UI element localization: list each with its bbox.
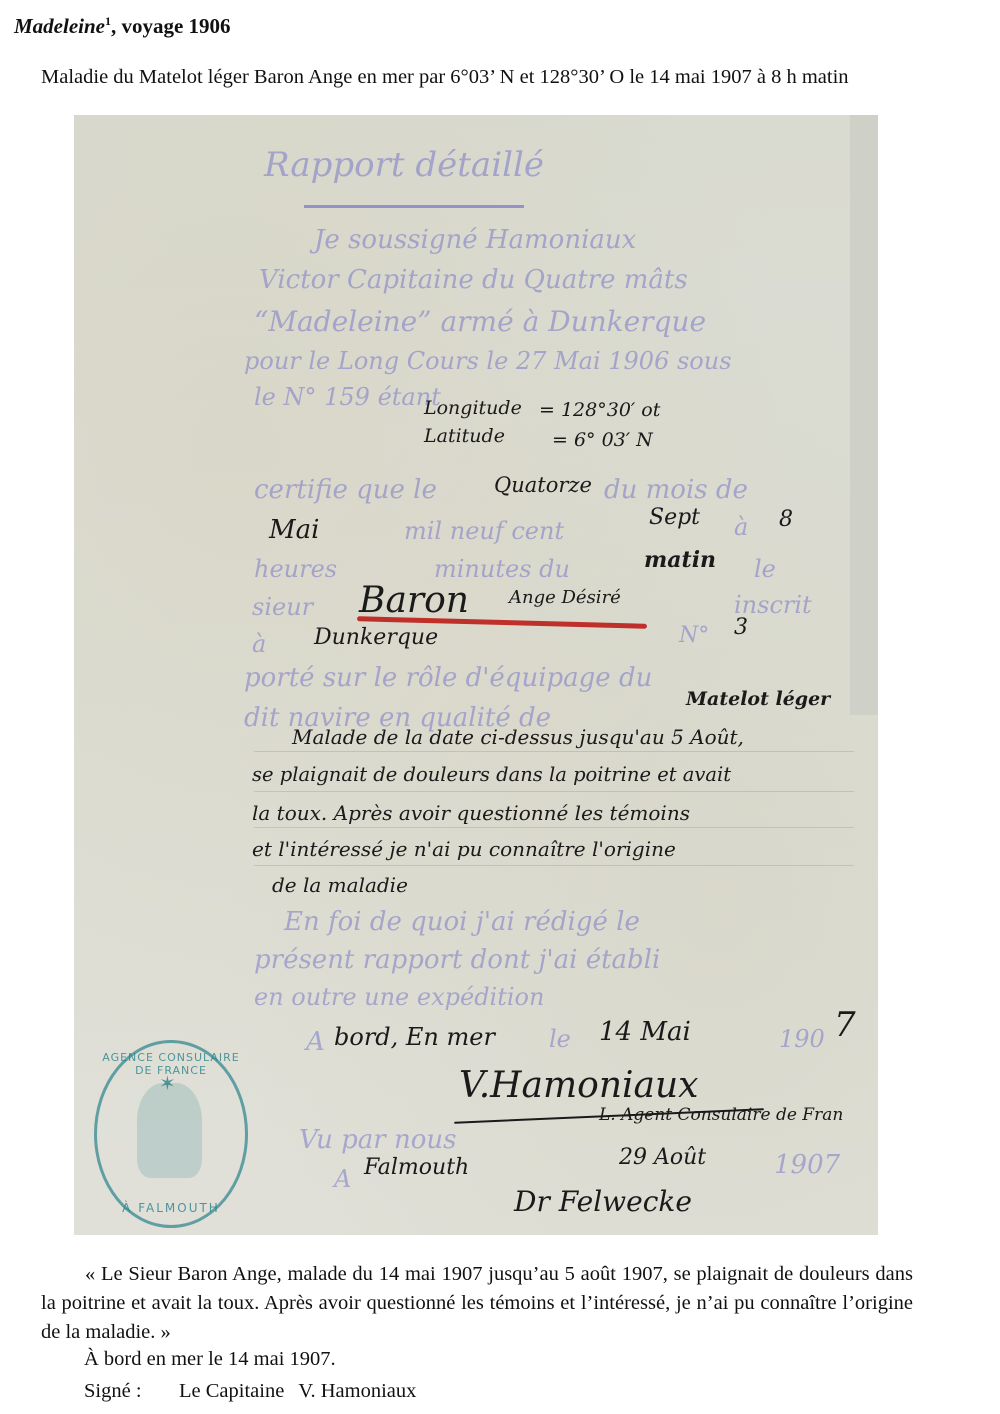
ship-name: Madeleine <box>14 14 105 38</box>
printed-line: du mois de <box>604 475 748 505</box>
printed-line: porté sur le rôle d'équipage du <box>244 663 652 693</box>
printed-line: heures <box>254 555 337 583</box>
page-heading: Madeleine1, voyage 1906 <box>14 14 231 39</box>
visa-agent: L. Agent Consulaire de Fran <box>599 1105 843 1125</box>
body-line: de la maladie <box>272 873 408 897</box>
latitude-label: Latitude <box>424 425 505 447</box>
visa-year: 1907 <box>774 1150 840 1180</box>
date-le: le <box>549 1025 571 1053</box>
filled-period: matin <box>644 547 716 573</box>
signer-role: Le Capitaine <box>179 1380 284 1403</box>
printed-line: le <box>754 555 776 583</box>
manuscript-title: Rapport détaillé <box>264 145 544 185</box>
visa-printed: Vu par nous <box>299 1125 456 1155</box>
body-line: Malade de la date ci-dessus jusqu'au 5 A… <box>292 725 744 749</box>
voyage-label: , voyage 1906 <box>111 14 231 38</box>
filled-month: Mai <box>269 515 319 545</box>
date-value: 14 Mai <box>599 1017 691 1047</box>
printed-line: le N° 159 étant <box>254 383 441 411</box>
printed-line: Victor Capitaine du Quatre mâts <box>259 265 688 295</box>
filled-number: 3 <box>734 615 748 640</box>
place-value: bord, En mer <box>334 1023 495 1051</box>
body-line: la toux. Après avoir questionné les témo… <box>252 801 690 825</box>
consular-stamp: AGENCE CONSULAIRE DE FRANCE ✶ À FALMOUTH <box>94 1040 248 1228</box>
visa-place-prefix: A <box>334 1165 351 1193</box>
body-line: se plaignait de douleurs dans la poitrin… <box>252 763 731 786</box>
signer-name: V. Hamoniaux <box>298 1380 416 1402</box>
printed-line: sieur <box>252 593 313 621</box>
captain-signature: V.Hamoniaux <box>459 1065 698 1106</box>
title-underline <box>304 205 524 208</box>
stamp-bottom-text: À FALMOUTH <box>97 1201 245 1215</box>
printed-line: à <box>252 630 266 658</box>
longitude-label: Longitude <box>424 397 522 419</box>
printed-line: mil neuf cent <box>404 517 564 545</box>
filled-surname: Baron <box>359 580 469 621</box>
latitude-value: = 6° 03′ N <box>552 429 653 451</box>
printed-line: N° <box>679 623 709 648</box>
printed-line: “Madeleine” armé à Dunkerque <box>254 305 706 338</box>
printed-line: pour le Long Cours le 27 Mai 1906 sous <box>244 347 732 375</box>
printed-line: minutes du <box>434 555 570 583</box>
ruled-line <box>254 865 854 866</box>
filled-year: Sept <box>649 505 700 530</box>
body-line: et l'intéressé je n'ai pu connaître l'or… <box>252 837 676 861</box>
signed-label: Signé : <box>84 1380 179 1403</box>
filled-rank: Matelot léger <box>686 688 830 710</box>
visa-place: Falmouth <box>364 1155 469 1180</box>
document-subtitle: Maladie du Matelot léger Baron Ange en m… <box>41 66 849 89</box>
ruled-line <box>254 791 854 792</box>
transcription-quote: « Le Sieur Baron Ange, malade du 14 mai … <box>41 1260 913 1347</box>
filled-port: Dunkerque <box>314 625 438 650</box>
year-digit: 7 <box>834 1005 856 1045</box>
filled-given-names: Ange Désiré <box>509 587 621 608</box>
consul-signature: Dr Felwecke <box>514 1185 692 1218</box>
liberty-figure-icon <box>137 1083 202 1178</box>
printed-line: à <box>734 513 748 541</box>
printed-line: Je soussigné Hamoniaux <box>314 225 636 255</box>
year-printed: 190 <box>779 1025 825 1053</box>
transcription-signature: Signé :Le CapitaineV. Hamoniaux <box>84 1380 416 1403</box>
filled-hour: 8 <box>779 507 793 532</box>
manuscript-photo: Rapport détaillé Je soussigné Hamoniaux … <box>74 115 878 1235</box>
longitude-value: = 128°30′ ot <box>539 399 660 421</box>
printed-line: certifie que le <box>254 475 437 505</box>
ruled-line <box>254 827 854 828</box>
photo-edge-shadow <box>850 115 878 715</box>
ruled-line <box>254 751 854 752</box>
star-icon: ✶ <box>159 1071 176 1095</box>
closing-line: présent rapport dont j'ai établi <box>254 945 660 975</box>
closing-line: en outre une expédition <box>254 983 544 1011</box>
filled-day: Quatorze <box>494 473 592 497</box>
place-prefix: A <box>306 1027 325 1057</box>
closing-line: En foi de quoi j'ai rédigé le <box>284 907 640 937</box>
transcription-place-date: À bord en mer le 14 mai 1907. <box>84 1348 336 1371</box>
visa-date: 29 Août <box>619 1145 706 1170</box>
